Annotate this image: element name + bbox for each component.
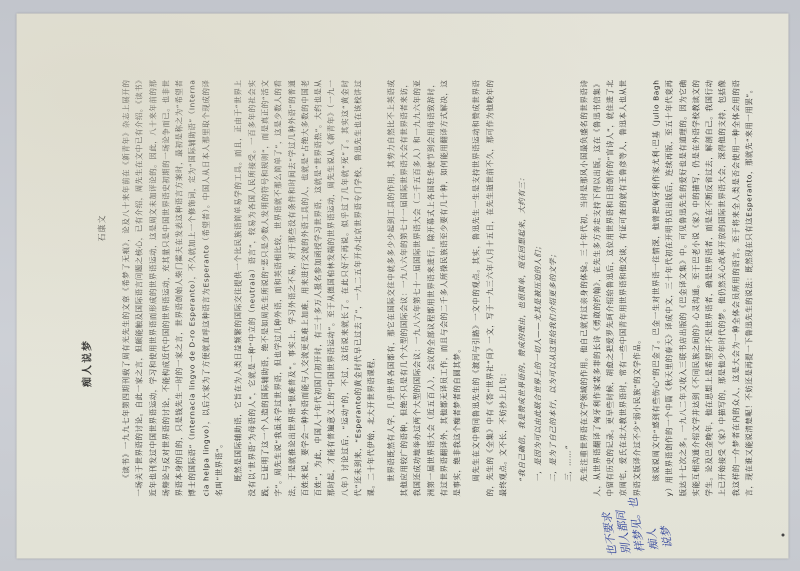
handwritten-note: 也不要求别人都同样梦见。也痴人说梦: [595, 468, 675, 557]
article-author: 石康文: [97, 79, 108, 496]
paragraph: 既然是国际辅助语，它旨在为人类日益频繁的国际交往提供一个比民族语简单易学的工具。…: [232, 79, 378, 496]
paragraph: 该说说周文中“感到有些伤心”的巴金了。巴金一生对世界语一往情深，他曾把匈牙利作家…: [649, 79, 755, 496]
paragraph: 世界语既然有人学，几乎世界各国都有，那它在国际交往中就多多少少起到工具的作用，其…: [384, 79, 464, 496]
paragraph: 先生注重世界语在文学领域的作用。他自己就有过亲身的体验。三十年代初，当时是那风小…: [577, 79, 643, 496]
paragraph: 周先生在文中赞同鲁迅先生的《渡河与引路》一文中的观点。其实，鲁迅先生一生是支持世…: [470, 79, 510, 496]
paragraph: 《读书》一九九七年第四期刊载了周有光先生的文章《希梦了无痕》，论及八十来年前在《…: [120, 79, 226, 496]
paper-sheet: 痴人说梦 石康文 《读书》一九九七年第四期刊载了周有光先生的文章《希梦了无痕》，…: [17, 13, 789, 558]
article-body: 痴人说梦 石康文 《读书》一九九七年第四期刊载了周有光先生的文章《希梦了无痕》，…: [79, 79, 762, 496]
article-title: 痴人说梦: [79, 79, 94, 496]
quote-line: 一，是因为可以由此联合世界上的一切人——尤其是被压迫的人们；: [531, 79, 544, 496]
quote-line: 三，……”: [562, 79, 575, 496]
page-holder: 痴人说梦 石康文 《读书》一九九七年第四期刊载了周有光先生的文章《希梦了无痕》，…: [12, 8, 792, 563]
paper-speck: [782, 533, 785, 536]
quote-line: “我自己确信，我是赞成世界语的。赞成的理由，也很简单，现在回想起来，大约有三：: [516, 79, 529, 496]
paragraph-list: 《读书》一九九七年第四期刊载了周有光先生的文章《希梦了无痕》，论及八十来年前在《…: [120, 79, 756, 496]
quote-line: 二，是为了自己的本行，以为可以从这里给我们介绍更多的文学；: [546, 79, 559, 496]
